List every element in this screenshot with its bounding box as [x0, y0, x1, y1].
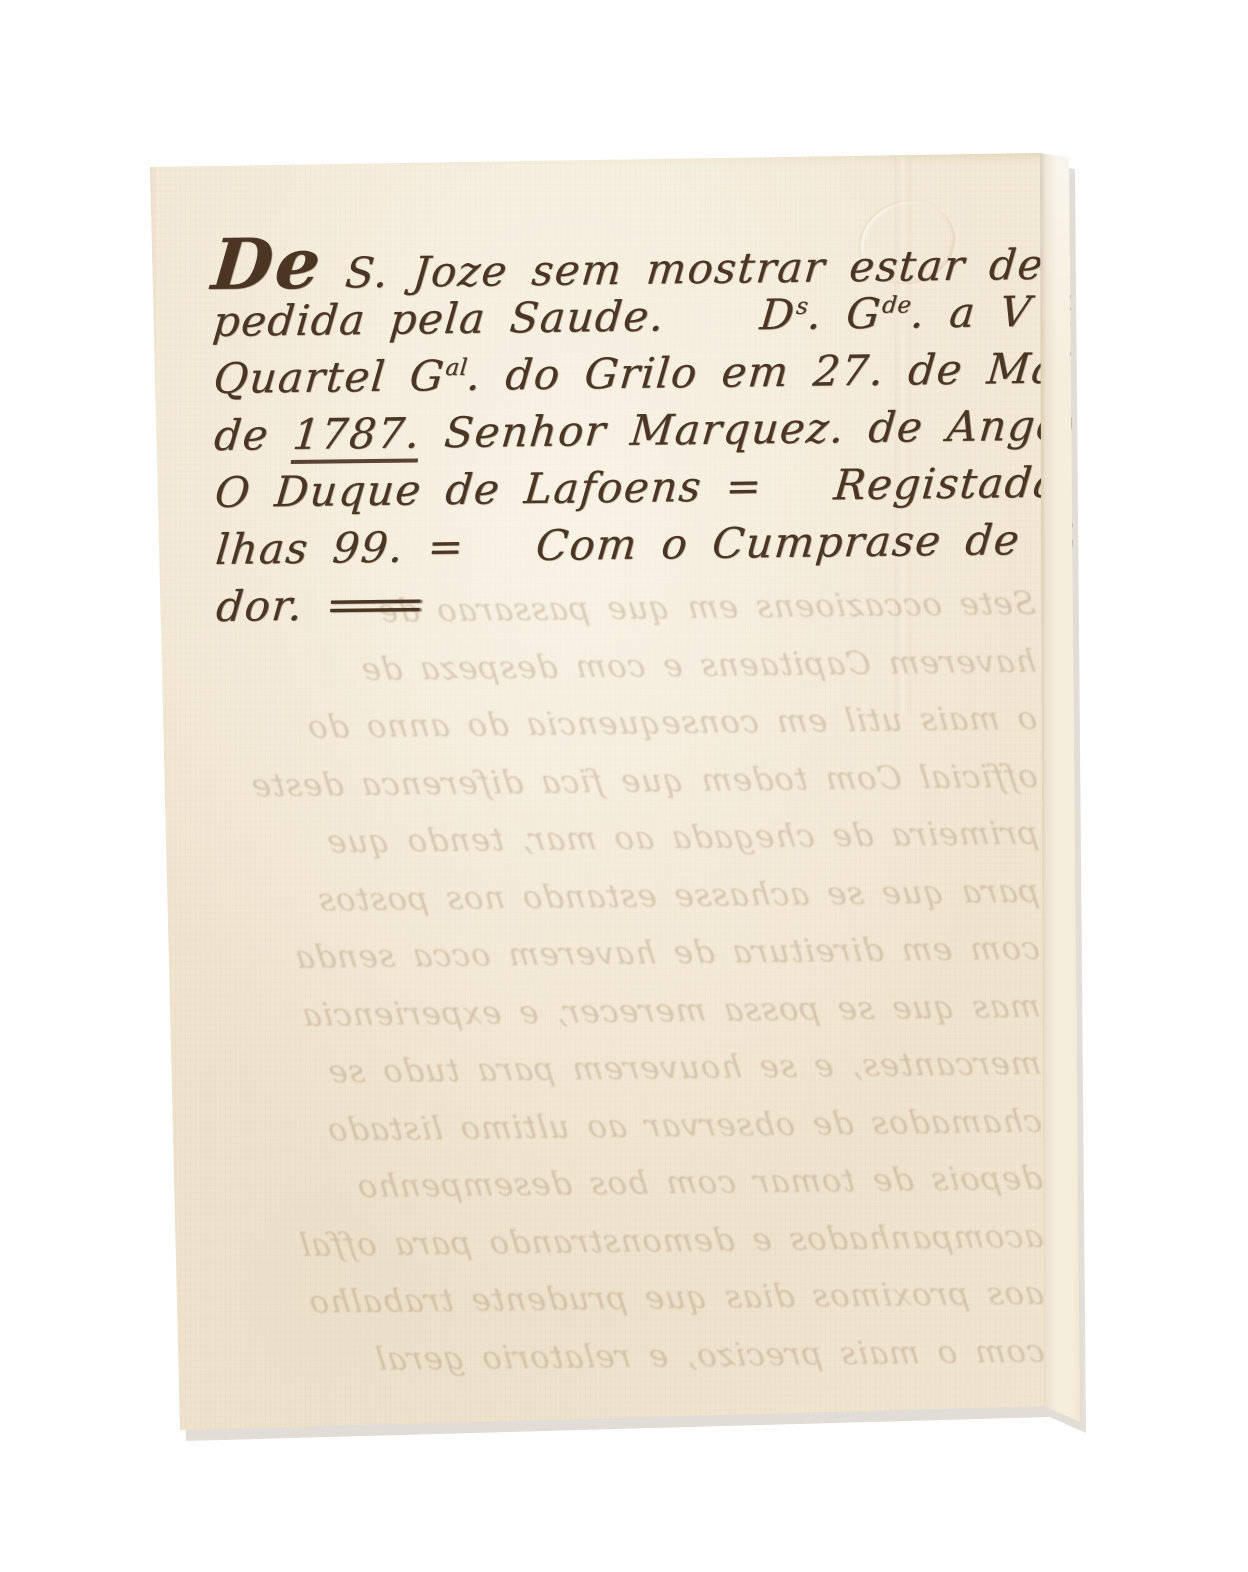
handwriting-line: dor.=: [214, 568, 1065, 635]
bleedthrough-line: official Com todem que fica diferenca de…: [178, 747, 1041, 815]
bleedthrough-line: primeira de chegada ao mar, tendo que: [179, 805, 1042, 873]
paper-sheet: Sete occazioens em que passarao dehavere…: [145, 150, 1090, 1445]
bleedthrough-block: Sete occazioens em que passarao dehavere…: [182, 575, 1048, 1390]
line3-text: Quartel G: [211, 351, 447, 403]
handwriting-line: pedida pela Saude. Ds. Gde. a V Exa.: [210, 283, 1061, 350]
bleedthrough-line: para que se achasse estando nos postos: [180, 862, 1043, 930]
line2-text: pedida pela Saude. D: [211, 290, 798, 346]
bleedthrough-line: aos proximos dias que prudente trabalho: [185, 1265, 1048, 1333]
line7-text: dor.: [214, 581, 306, 631]
handwriting-line: O Duque de Lafoens = Registada a fo-: [212, 454, 1063, 521]
manuscript-photo: Sete occazioens em que passarao dehavere…: [0, 0, 1248, 1572]
bleedthrough-line: mas que se possa merecer, e experiencia: [181, 977, 1044, 1045]
line6-text: lhas 99. = Com o Cumprase de Governa: [214, 512, 1237, 574]
bleedthrough-line: com em direitura de haverem occa senda: [180, 920, 1043, 988]
line2-text: . a V Ex: [909, 286, 1116, 338]
superscript: a: [1112, 290, 1129, 316]
superscript: al: [444, 355, 468, 381]
line3-text: . do Grilo em 27. de Majo -: [465, 343, 1142, 400]
handwriting-block: De S. Joze sem mostrar estar de rem pedi…: [209, 226, 1060, 635]
superscript: de: [881, 292, 913, 318]
bleedthrough-line: o mais util em consequencia do anno do: [177, 690, 1040, 758]
bleedthrough-line: haverem Capitaens e com despeza de: [177, 632, 1040, 700]
bleedthrough-line: com o mais precizo, e relatorio geral: [185, 1322, 1048, 1390]
underlined-year: 1787.: [290, 408, 423, 464]
scribal-equals-mark: =: [313, 575, 443, 634]
bleedthrough-line: depois de tomar com bos desempenho: [183, 1150, 1046, 1218]
line2-text: . G: [805, 289, 883, 339]
bleedthrough-line: mercantes, e se houverem para tudo se: [182, 1035, 1045, 1103]
line4-text: de: [212, 410, 295, 460]
line2-text: .: [1125, 286, 1144, 335]
handwriting-line: De S. Joze sem mostrar estar de rem: [210, 226, 1061, 293]
handwriting-line: de 1787. Senhor Marquez. de Angeja =: [212, 397, 1063, 464]
bleedthrough-line: chamados de observar ao ultimo listado: [182, 1092, 1045, 1160]
handwriting-line: lhas 99. = Com o Cumprase de Governa: [213, 511, 1064, 578]
bleedthrough-line: acompanhados e demonstrando para offal: [184, 1207, 1047, 1275]
handwriting-line: Quartel Gal. do Grilo em 27. de Majo -: [211, 340, 1062, 407]
